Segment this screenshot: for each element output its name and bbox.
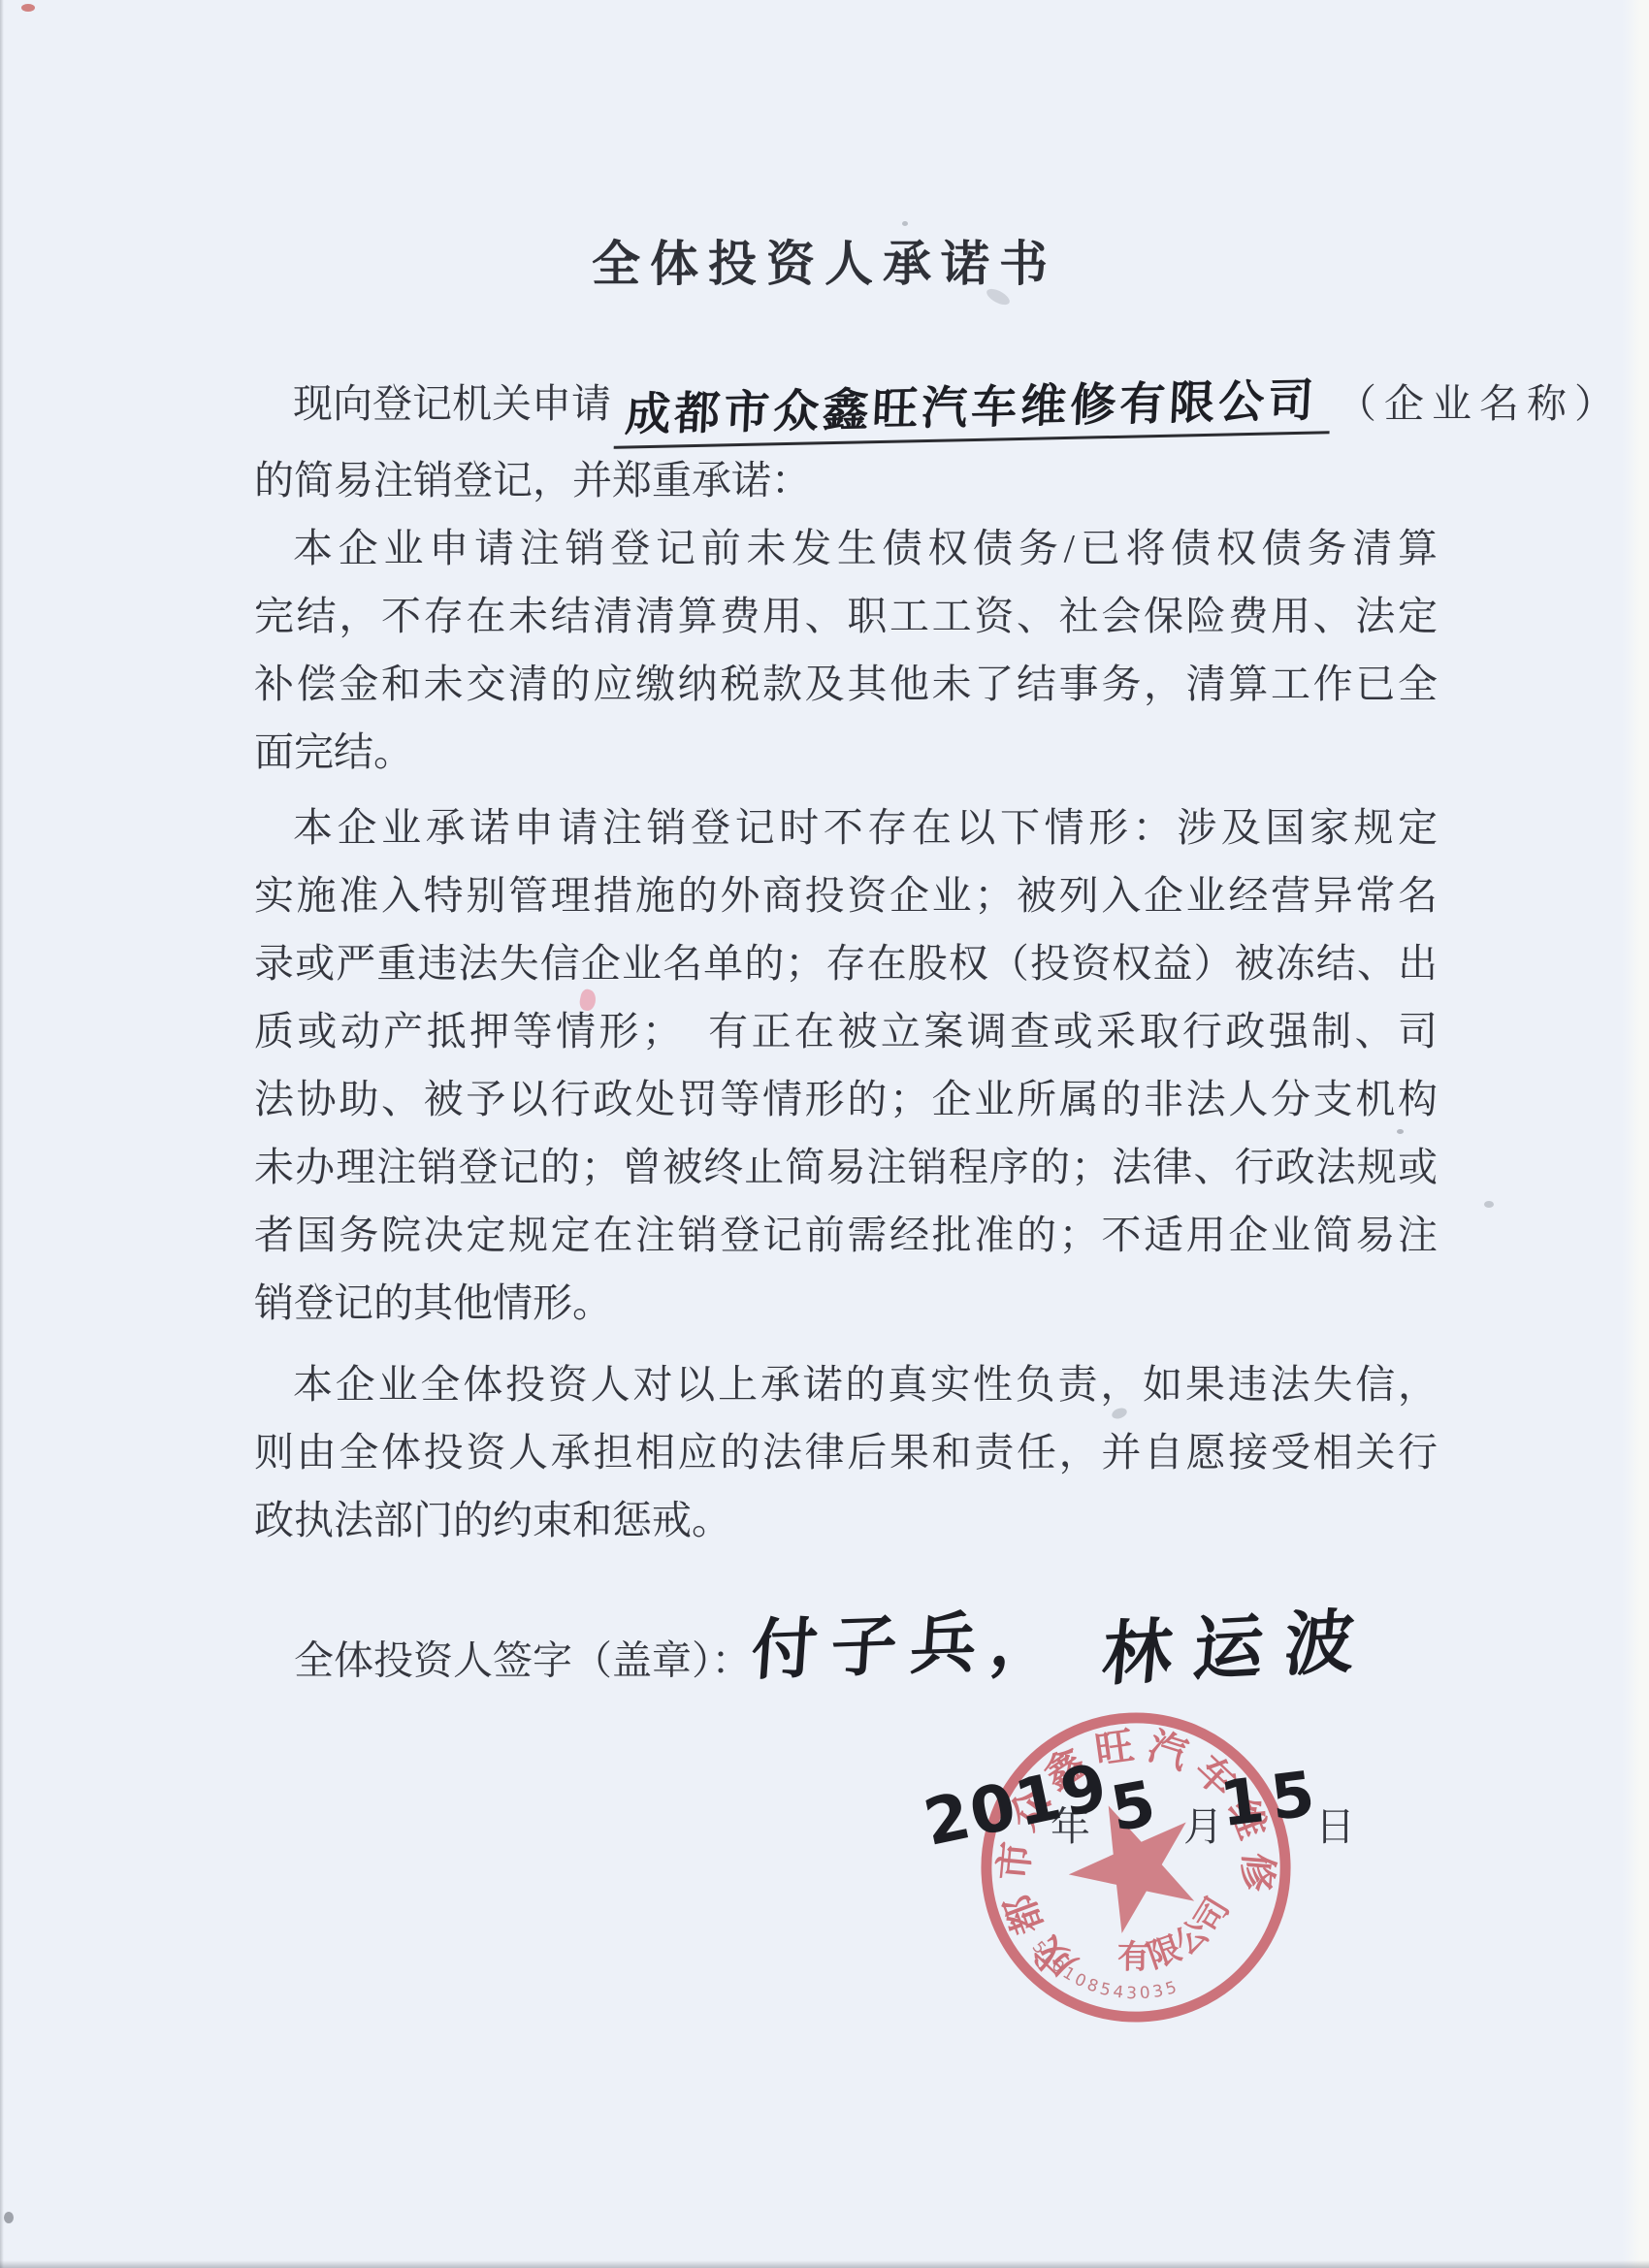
application-line: 现向登记机关申请成都市众鑫旺汽车维修有限公司（企业名称）	[254, 361, 1438, 446]
body-line: 法协助、被予以行政处罚等情形的；企业所属的非法人分支机构	[254, 1065, 1438, 1133]
body-line: 则由全体投资人承担相应的法律后果和责任，并自愿接受相关行	[254, 1418, 1438, 1486]
body-line: 的简易注销登记，并郑重承诺：	[254, 446, 1438, 514]
body-line: 本企业承诺申请注销登记时不存在以下情形：涉及国家规定	[254, 794, 1438, 861]
scan-artifact	[4, 2212, 14, 2223]
body-line: 本企业全体投资人对以上承诺的真实性负责，如果违法失信，	[254, 1350, 1438, 1418]
body-line: 本企业申请注销登记前未发生债权债务/已将债权债务清算	[254, 514, 1438, 582]
scan-artifact	[1484, 1201, 1494, 1208]
company-name-handwritten: 成都市众鑫旺汽车维修有限公司	[614, 376, 1333, 449]
day-handwritten: 15	[1216, 1758, 1326, 1841]
scan-edge-left	[0, 0, 4, 2268]
body-line: 面完结。	[254, 718, 1438, 786]
scan-edge-bottom	[0, 2260, 1649, 2268]
body-line: 补偿金和未交清的应缴纳税款及其他未了结事务，清算工作已全	[254, 650, 1438, 718]
body-line: 未办理注销登记的；曾被终止简易注销程序的；法律、行政法规或	[254, 1133, 1438, 1201]
scan-artifact	[21, 4, 35, 12]
body-line: 销登记的其他情形。	[254, 1269, 1438, 1337]
application-line-prefix: 现向登记机关申请	[254, 381, 611, 426]
body-line: 完结，不存在未结清清算费用、职工工资、社会保险费用、法定	[254, 582, 1438, 650]
company-name-caption: （企业名称）	[1337, 381, 1622, 426]
scan-edge-right	[1622, 0, 1649, 2268]
scan-artifact	[1397, 1129, 1404, 1134]
body-line: 政执法部门的约束和惩戒。	[254, 1486, 1438, 1554]
company-seal-stamp: 成都市众鑫旺汽车维修 有限公司 510108543035	[920, 1651, 1352, 2084]
document-body: 现向登记机关申请成都市众鑫旺汽车维修有限公司（企业名称） 的简易注销登记，并郑重…	[254, 361, 1438, 1554]
signature-handwritten-2: 林运波	[1098, 1583, 1380, 1699]
signature-label: 全体投资人签字（盖章）：	[294, 1637, 752, 1682]
body-line: 质或动产抵押等情形； 有正在被立案调查或采取行政强制、司	[254, 997, 1438, 1065]
scan-artifact	[902, 221, 908, 226]
body-line: 录或严重违法失信企业名单的；存在股权（投资权益）被冻结、出	[254, 929, 1438, 997]
signature-handwritten-1: 付子兵，	[748, 1587, 1073, 1693]
scanned-document-page: 全体投资人承诺书 现向登记机关申请成都市众鑫旺汽车维修有限公司（企业名称） 的简…	[0, 0, 1649, 2268]
body-line: 者国务院决定规定在注销登记前需经批准的；不适用企业简易注	[254, 1201, 1438, 1269]
body-line: 实施准入特别管理措施的外商投资企业；被列入企业经营异常名	[254, 861, 1438, 929]
document-title: 全体投资人承诺书	[0, 225, 1649, 295]
